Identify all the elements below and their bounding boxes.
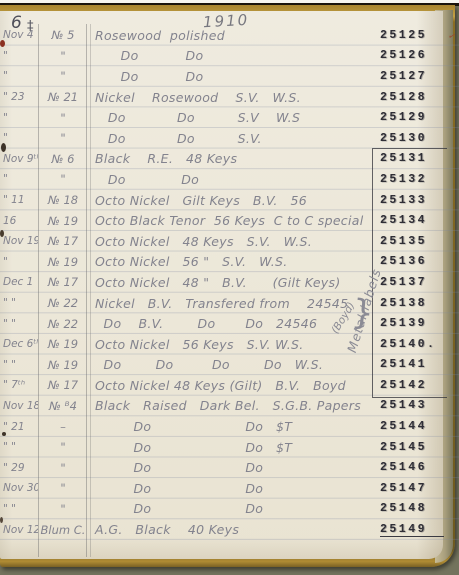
entry-description: Do Do [88, 48, 380, 63]
entry-date: Nov 18ᵗʰ [0, 400, 38, 412]
entry-description: A.G. Black 40 Keys [88, 522, 380, 537]
entry-description: Nickel B.V. Transfered from 24545 [88, 296, 380, 311]
serial-number: 25149 [380, 523, 444, 537]
model-number: № 17 [38, 234, 88, 248]
check-mark: ✓ [447, 31, 458, 43]
model-number: № 18 [38, 193, 88, 207]
serial-number: 25133 [380, 194, 444, 207]
entry-description: Nickel Rosewood S.V. W.S. [88, 90, 380, 105]
model-number: " [38, 481, 88, 495]
serial-number: 25136 [380, 255, 444, 268]
ledger-row: Nov 12 Blum C. A.G. Black 40 Keys 25149 [0, 519, 445, 540]
entry-description: Octo Nickel 48 Keys (Gilt) B.V. Boyd [88, 378, 380, 393]
serial-number: 25125 [380, 29, 444, 42]
entry-description: Do Do [88, 460, 380, 475]
entry-date: Nov 12 [0, 524, 38, 536]
serial-number: 25130 [380, 132, 444, 145]
entry-description: Do Do Do Do W.S. [88, 357, 380, 372]
ledger-row: " " Do Do S.V W.S 25129 [0, 107, 445, 128]
serial-number: 25141 [380, 358, 444, 371]
model-number: № 17 [38, 378, 88, 392]
entry-date: " [0, 173, 38, 185]
entry-description: Black R.E. 48 Keys [88, 151, 380, 166]
entry-description: Octo Nickel 56 Keys S.V. W.S. [88, 337, 380, 352]
entry-date: Nov 4 [0, 29, 38, 41]
serial-number: 25140. [380, 338, 444, 351]
serial-number: 25147 [380, 482, 444, 495]
serial-number: 25131 [380, 152, 444, 165]
serial-number: 25129 [380, 111, 444, 124]
model-number: № 5 [38, 28, 88, 42]
entry-date: Nov 30 [0, 482, 38, 494]
serial-number: 25146 [380, 461, 444, 474]
model-number: № 21 [38, 90, 88, 104]
serial-number: 25144 [380, 420, 444, 433]
ledger-row: " " № 22 Nickel B.V. Transfered from 245… [0, 293, 445, 314]
ledger-row: Nov 4 № 5 Rosewood polished 25125 [0, 25, 445, 46]
model-number: " [38, 440, 88, 454]
entry-description: Octo Nickel Gilt Keys B.V. 56 [88, 193, 380, 208]
model-number: " [38, 111, 88, 125]
serial-number: 25138 [380, 297, 444, 310]
ledger-row: " " Do Do 25126 [0, 46, 445, 67]
serial-number: 25148 [380, 502, 444, 515]
entry-description: Do Do S.V W.S [88, 110, 380, 125]
serial-number: 25132 [380, 173, 444, 186]
model-number: № 19 [38, 214, 88, 228]
model-number: – [38, 420, 88, 434]
model-number: " [38, 502, 88, 516]
model-number: " [38, 461, 88, 475]
serial-number: 25143 [380, 399, 444, 412]
entry-date: " [0, 50, 38, 62]
serial-number: 25126 [380, 49, 444, 62]
entry-date: " " [0, 318, 38, 330]
model-number: Blum C. [38, 523, 88, 537]
serial-number: 25134 [380, 214, 444, 227]
model-number: № 19 [38, 337, 88, 351]
model-number: № 19 [38, 358, 88, 372]
entry-description: Octo Nickel 48 Keys S.V. W.S. [88, 234, 380, 249]
ink-spot [0, 40, 5, 47]
ink-spot [0, 230, 4, 237]
model-number: № 6 [38, 152, 88, 166]
ledger-row: " " Do Do S.V. 25130 [0, 128, 445, 149]
entry-description: Octo Nickel 48 " B.V. (Gilt Keys) [88, 275, 380, 290]
model-number: " [38, 69, 88, 83]
entry-description: Do Do $T [88, 440, 380, 455]
entry-date: " [0, 112, 38, 124]
ledger-row: " 29 " Do Do 25146 [0, 457, 445, 478]
entry-date: " " [0, 359, 38, 371]
ledger-row: " " " Do Do $T 25145 [0, 437, 445, 458]
model-number: " [38, 49, 88, 63]
ledger-row: Nov 30 " Do Do 25147 [0, 478, 445, 499]
entry-date: " 7ᵗʰ [0, 379, 38, 391]
entry-description: Octo Black Tenor 56 Keys C to C special [88, 213, 380, 228]
model-number: № 17 [38, 275, 88, 289]
ledger-row: Nov 18ᵗʰ № ᴮ4 Black Raised Dark Bel. S.G… [0, 396, 445, 417]
serial-number: 25142 [380, 379, 444, 392]
ledger-row: " 21 – Do Do $T 25144 [0, 416, 445, 437]
entry-date: " [0, 132, 38, 144]
entry-date: " 29 [0, 462, 38, 474]
entry-date: " 23 [0, 91, 38, 103]
entry-date: " " [0, 441, 38, 453]
model-number: № 22 [38, 296, 88, 310]
ledger-row: " " Do Do 25127 [0, 66, 445, 87]
entry-date: " 11 [0, 194, 38, 206]
ink-spot [1, 143, 6, 152]
model-number: " [38, 131, 88, 145]
ledger-row: " " Do Do 25132 [0, 169, 445, 190]
ledger-row: " " " Do Do 25148 [0, 499, 445, 520]
entry-description: Do Do [88, 501, 380, 516]
serial-number: 25145 [380, 441, 444, 454]
ledger-row: " " № 22 Do B.V. Do Do 24546 25139 [0, 313, 445, 334]
serial-number: 25137 [380, 276, 444, 289]
ledger-row: 16 № 19 Octo Black Tenor 56 Keys C to C … [0, 210, 445, 231]
ledger-row: " 23 № 21 Nickel Rosewood S.V. W.S. 2512… [0, 87, 445, 108]
entry-date: Nov 19 [0, 235, 38, 247]
model-number: № 22 [38, 317, 88, 331]
entry-date: Dec 1 [0, 276, 38, 288]
entry-description: Do Do [88, 481, 380, 496]
serial-number: 25139 [380, 317, 444, 330]
ink-spot [2, 432, 6, 436]
entry-date: " [0, 70, 38, 82]
entry-date: 16 [0, 215, 38, 227]
serial-number: 25135 [380, 235, 444, 248]
entry-description: Do Do [88, 172, 380, 187]
entry-date: " [0, 256, 38, 268]
ledger-row: " " № 19 Do Do Do Do W.S. 25141 [0, 355, 445, 376]
serial-number: 25127 [380, 70, 444, 83]
ledger-row: Nov 9ᵗʰ № 6 Black R.E. 48 Keys 25131 [0, 149, 445, 170]
entry-description: Do Do [88, 69, 380, 84]
brace-mark: } [350, 292, 376, 334]
ink-spot [0, 517, 3, 523]
entry-description: Octo Nickel 56 " S.V. W.S. [88, 254, 380, 269]
entry-description: Black Raised Dark Bel. S.G.B. Papers [88, 398, 380, 413]
model-number: № ᴮ4 [38, 399, 88, 413]
entry-date: " 21 [0, 421, 38, 433]
entry-date: " " [0, 503, 38, 515]
ledger-row: " 7ᵗʰ № 17 Octo Nickel 48 Keys (Gilt) B.… [0, 375, 445, 396]
entry-date: Nov 9ᵗʰ [0, 153, 38, 165]
ledger-row: " 11 № 18 Octo Nickel Gilt Keys B.V. 56 … [0, 190, 445, 211]
entry-description: Do Do $T [88, 419, 380, 434]
entry-date: Dec 6ᵗʰ [0, 338, 38, 350]
model-number: " [38, 172, 88, 186]
entry-description: Do Do S.V. [88, 131, 380, 146]
ledger-photo: 6 ‡ 1910 Nov 4 № 5 Rosewood polished 251… [0, 0, 459, 575]
entry-description: Rosewood polished [88, 28, 380, 43]
model-number: № 19 [38, 255, 88, 269]
serial-number: 25128 [380, 91, 444, 104]
ledger-row: Dec 6ᵗʰ № 19 Octo Nickel 56 Keys S.V. W.… [0, 334, 445, 355]
entry-date: " " [0, 297, 38, 309]
